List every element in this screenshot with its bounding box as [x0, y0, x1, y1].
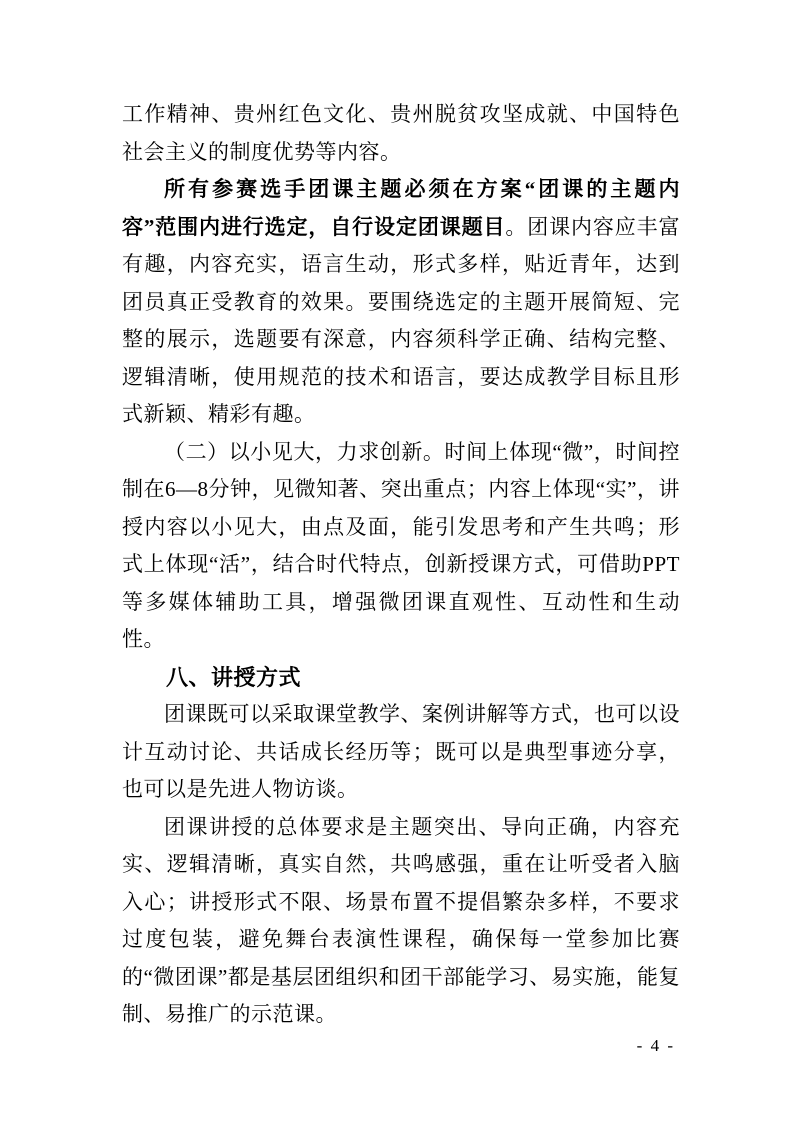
document-page: 工作精神、贵州红色文化、贵州脱贫攻坚成就、中国特色社会主义的制度优势等内容。 所… [0, 0, 793, 1122]
page-number: - 4 - [637, 1036, 675, 1056]
paragraph-theme-selection-rules: 所有参赛选手团课主题必须在方案“团课的主题内容”范围内进行选定，自行设定团课题目… [122, 171, 680, 434]
paragraph-teaching-formats: 团课既可以采取课堂教学、案例讲解等方式，也可以设计互动讨论、共话成长经历等；既可… [122, 696, 680, 809]
section-heading-teaching-method: 八、讲授方式 [122, 659, 680, 697]
paragraph-innovation-item-two: （二）以小见大，力求创新。时间上体现“微”，时间控制在6—8分钟，见微知著、突出… [122, 434, 680, 659]
document-text: 工作精神、贵州红色文化、贵州脱贫攻坚成就、中国特色社会主义的制度优势等内容。 所… [122, 96, 680, 1034]
paragraph-topic-content-continuation: 工作精神、贵州红色文化、贵州脱贫攻坚成就、中国特色社会主义的制度优势等内容。 [122, 96, 680, 171]
regular-requirement-run: 。团课内容应丰富有趣，内容充实，语言生动，形式多样，贴近青年，达到团员真正受教育… [122, 215, 680, 427]
paragraph-overall-requirements: 团课讲授的总体要求是主题突出、导向正确，内容充实、逻辑清晰，真实自然，共鸣感强，… [122, 809, 680, 1034]
